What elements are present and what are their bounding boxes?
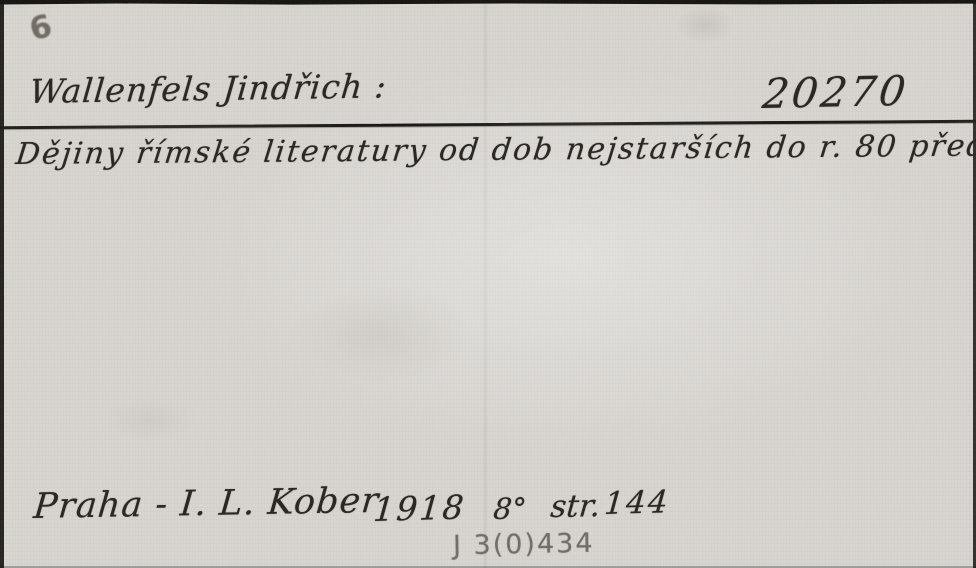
scan-edge-top bbox=[0, 0, 976, 5]
imprint-year: 1918 bbox=[372, 487, 467, 529]
pencil-call-number: J 3(0)434 bbox=[453, 528, 595, 561]
imprint-pages-label: str. bbox=[549, 488, 602, 525]
book-title: Dějiny římské literatury od dob nejstarš… bbox=[14, 128, 976, 172]
catalog-card: 6 Wallenfels Jindřich : 20270 Dějiny řím… bbox=[0, 0, 976, 568]
imprint-place-publisher: Praha - I. L. Kober bbox=[32, 481, 381, 527]
heading-underline-rule bbox=[0, 120, 976, 130]
imprint-format: 8° bbox=[492, 491, 528, 526]
pencil-corner-mark: 6 bbox=[26, 8, 56, 48]
imprint-pages-count: 144 bbox=[603, 484, 671, 522]
accession-number: 20270 bbox=[760, 67, 911, 118]
author-heading: Wallenfels Jindřich : bbox=[28, 66, 389, 111]
scan-edge-left bbox=[0, 0, 4, 568]
